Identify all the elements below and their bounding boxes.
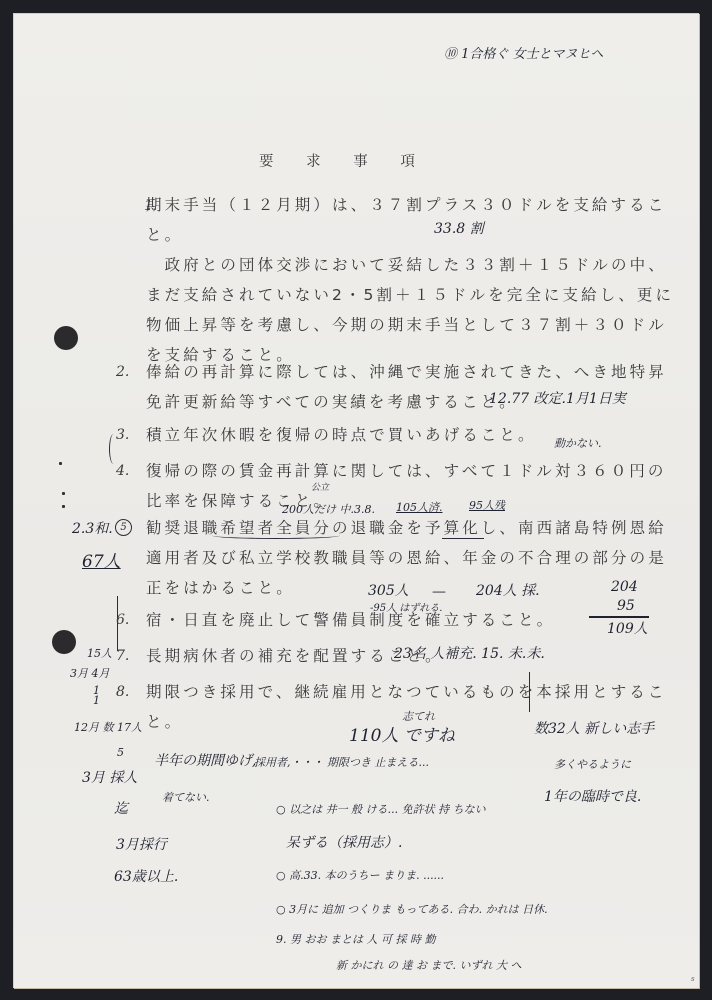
handwritten-note: — [432, 585, 446, 599]
handwritten-note: 1年の臨時で良. [544, 790, 641, 804]
handwritten-sum-rule [589, 616, 649, 618]
item-3-line: 積立年次休暇を復帰の時点で買いあげること。 [146, 428, 537, 444]
handwritten-note: 公立 [311, 484, 329, 493]
handwritten-margin-note: 63歳以上. [114, 870, 178, 884]
handwritten-margin-note: 15人 [87, 648, 112, 659]
handwritten-sum: 95 [617, 599, 635, 613]
punch-hole-top [54, 326, 78, 350]
handwritten-margin-note: 12月 数 17人 [74, 722, 142, 733]
scan-speck [62, 492, 65, 495]
handwritten-note: 23名 人補充. 15. 未.未. [394, 647, 545, 661]
handwritten-note: 33.8 割 [434, 222, 484, 236]
item-number: 6. [116, 612, 129, 628]
item-1-line: まだ支給されていない2・5割＋１５ドルを完全に支給し、更に [146, 288, 674, 304]
handwritten-margin-note: 67人 [82, 554, 121, 571]
punch-hole-bottom [52, 630, 76, 654]
handwritten-note: 着てない. [162, 792, 210, 803]
handwritten-margin-note: 2.3和. [72, 522, 113, 536]
handwritten-note: 305人 [368, 584, 409, 598]
handwritten-margin-note: 3月 採人 [82, 771, 137, 785]
item-2-line: 俸給の再計算に際しては、沖縄で実施されてきた、へき地特昇 [146, 365, 667, 381]
item-number: 8. [116, 684, 129, 700]
handwritten-underline [212, 532, 340, 539]
item-1-line: 期末手当（１２月期）は、３７割プラス３０ドルを支給するこ [146, 198, 666, 214]
handwritten-margin-note: 1 1 [93, 686, 100, 706]
item-1-line: と。 [146, 228, 183, 244]
page-marker: s [691, 976, 695, 983]
handwritten-note: 動かない. [554, 438, 602, 449]
handwritten-margin-note: 迄 [114, 802, 128, 816]
handwritten-note: 半年の期間ゆげ, [154, 754, 256, 768]
item-number: 7. [116, 648, 129, 664]
handwritten-note: 採用者,・・・ 期限つき 止まえる... [254, 757, 429, 768]
handwritten-note: 105人済. [396, 502, 443, 513]
handwritten-note: 95人残 [469, 500, 505, 511]
item-5-line: 正をはかること。 [146, 581, 295, 597]
scan-speck [59, 462, 62, 465]
handwritten-insert-mark [529, 672, 530, 712]
handwritten-note: 110人 ですね [349, 728, 455, 745]
handwritten-margin-note: 3月 4月 [70, 668, 110, 679]
handwritten-note: 200人だけ 中.3.8. [282, 504, 375, 515]
handwritten-header-note: ⑩ 1合格ぐ 女士とマヌヒヘ [444, 48, 603, 61]
handwritten-note: 志てれ [402, 711, 435, 722]
handwritten-note: 多くやるように [554, 759, 631, 770]
handwritten-margin-note: 3月採行 [116, 838, 167, 852]
item-8-line: と。 [146, 715, 183, 731]
item-number: 2. [116, 364, 129, 380]
item-6-line: 宿・日直を廃止して警備員制度を確立すること。 [146, 613, 555, 629]
item-1-line: 物価上昇等を考慮し、今期の期末手当として３７割＋３０ドル [146, 318, 667, 334]
scan-speck [62, 505, 65, 508]
handwritten-note: 12.77 改定.1月1日実 [489, 392, 626, 406]
handwritten-note: ○ 高.33. 本のうちー まりま. ...... [276, 870, 444, 881]
item-1-line: を支給すること。 [146, 348, 295, 364]
item-number: 4. [116, 463, 129, 479]
scanned-document-page: ⑩ 1合格ぐ 女士とマヌヒヘ 要 求 事 項 1. 期末手当（１２月期）は、３７… [13, 13, 699, 988]
handwritten-sum: 109人 [607, 622, 648, 636]
handwritten-note: 数32人 新しい志手 [534, 722, 654, 736]
item-1-line: 政府との団体交渉において妥結した３３割＋１５ドルの中、 [146, 258, 667, 274]
item-4-line: 復帰の際の賃金再計算に関しては、すべて１ドル対３６０円の [146, 464, 667, 480]
item-5-line: 適用者及び私立学校教職員等の恩給、年金の不合理の部分の是 [146, 551, 667, 567]
handwritten-underline [442, 532, 484, 539]
handwritten-note: ○ 3月に 追加 つくりま もってある. 合わ. かれは 日休. [276, 904, 548, 915]
item-number: 3. [116, 427, 129, 443]
handwritten-sum: 204 [611, 580, 638, 594]
handwritten-note: 呆ずる（採用志）. [286, 836, 402, 850]
handwritten-margin-note: 5 [117, 747, 124, 758]
handwritten-note: 204人 採. [476, 584, 540, 598]
circled-item-number: 5 [115, 519, 132, 536]
item-2-line: 免許更新給等すべての実績を考慮すること。 [146, 395, 518, 411]
document-title: 要 求 事 項 [259, 150, 429, 171]
item-8-line: 期限つき採用で、継続雇用となつているものを本採用とするこ [146, 685, 667, 701]
handwritten-note: ○ 以之は 井一 般 ける... 免許状 持 ちない [276, 804, 486, 815]
handwritten-note: 9. 男 おお まとは 人 可 採 時 勤 [276, 934, 435, 945]
handwritten-note: 新 かにれ の 達 お まで. いずれ 大 へ [336, 960, 521, 971]
